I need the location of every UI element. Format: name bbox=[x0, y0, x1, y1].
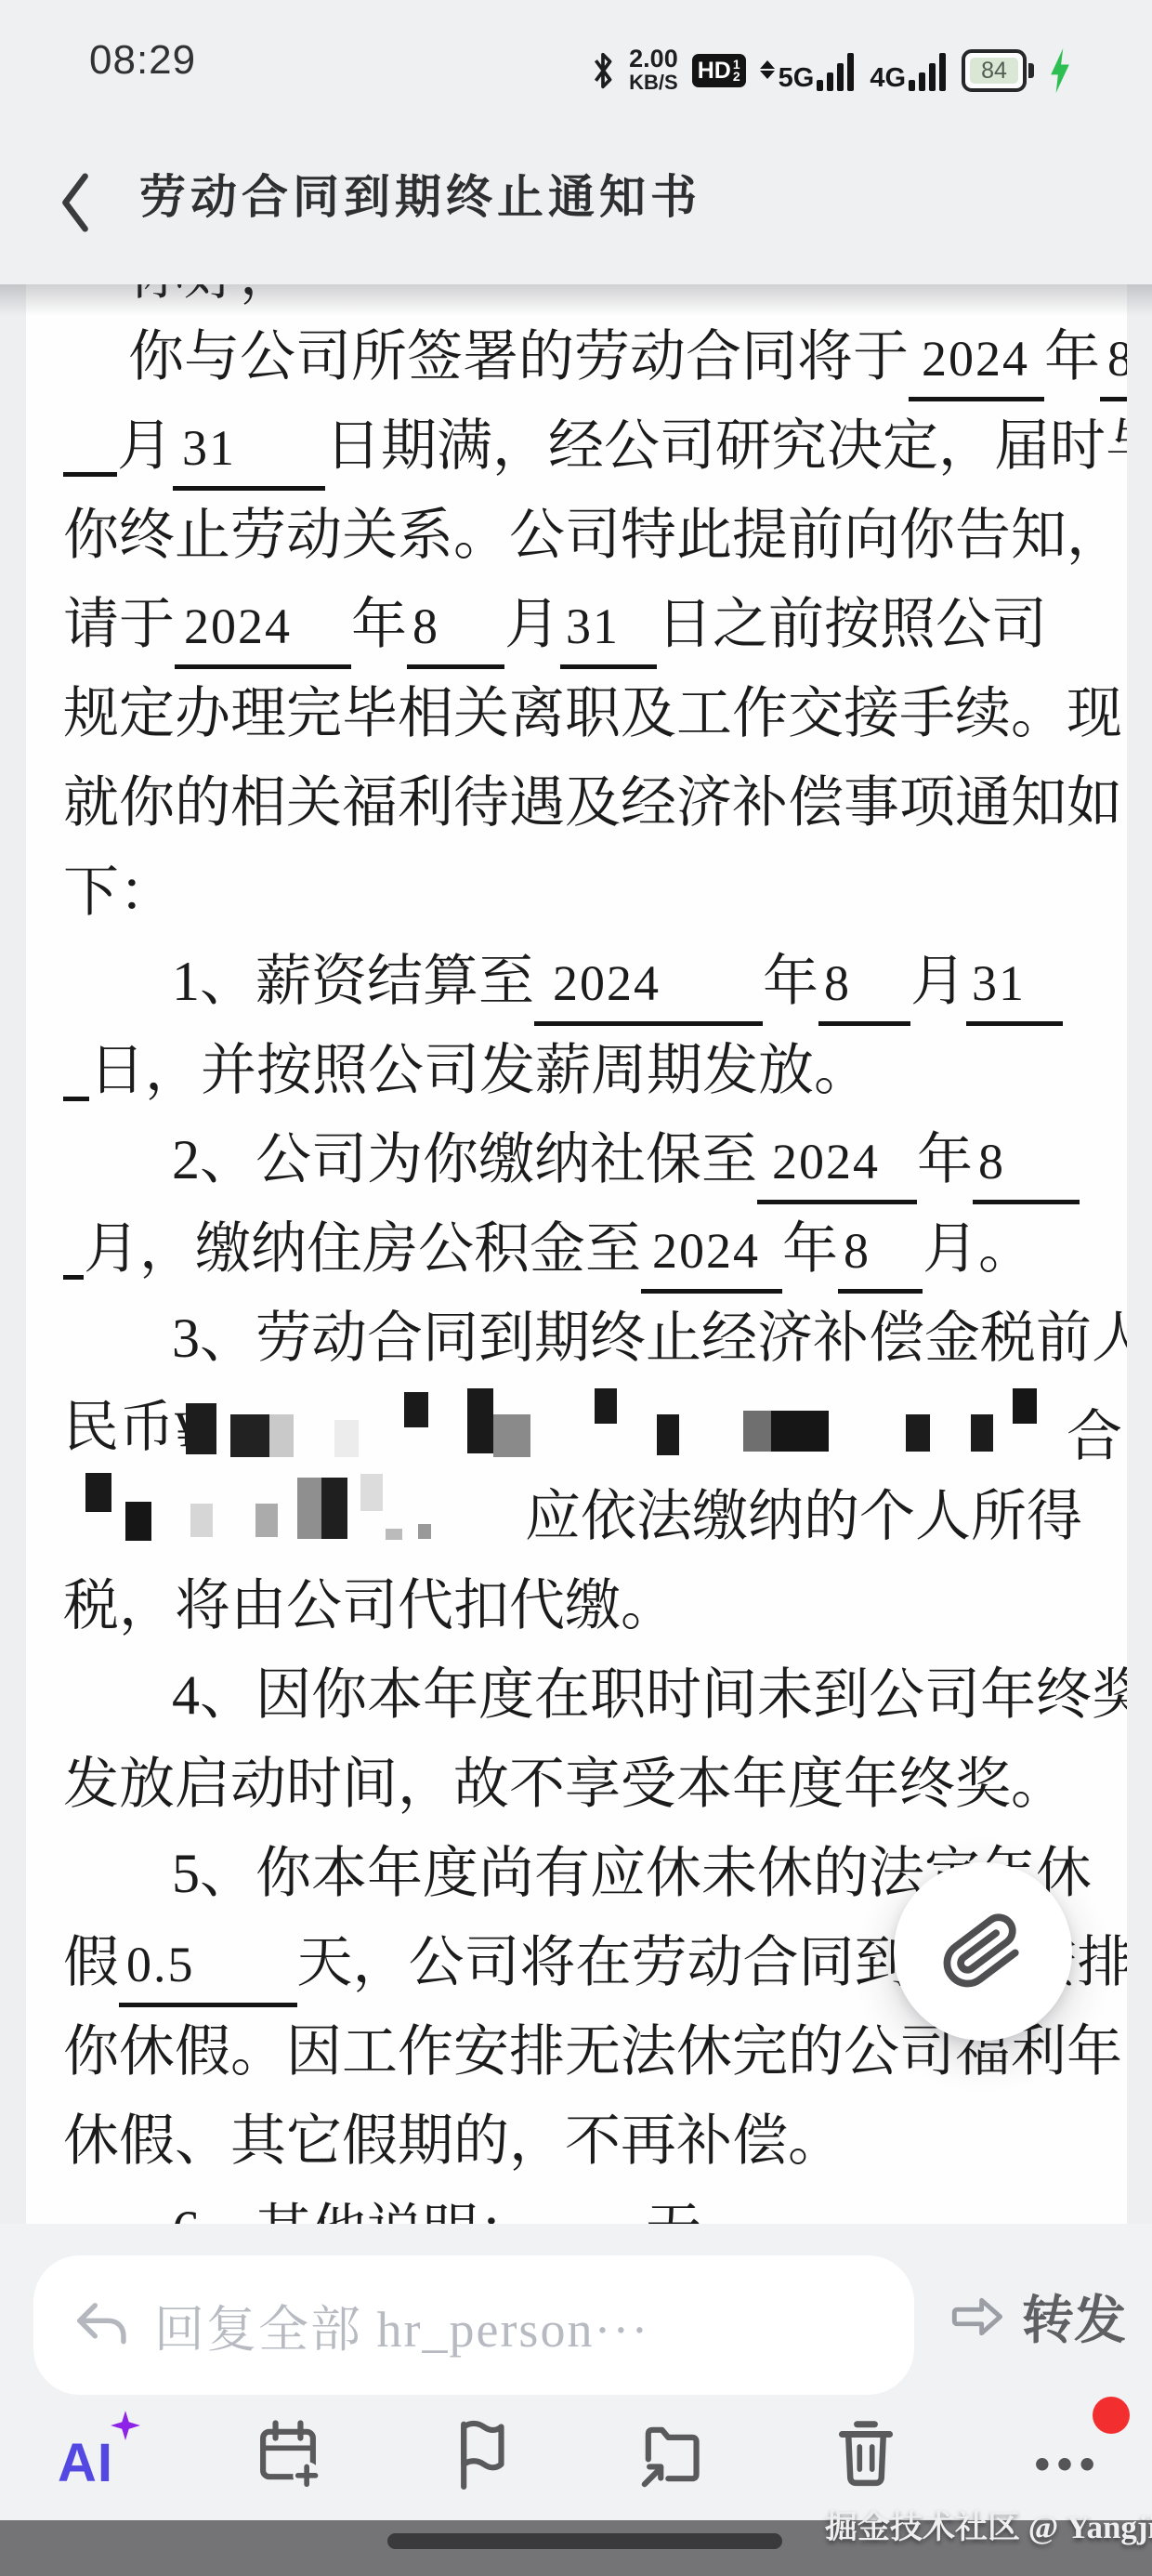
fill-in-blank: 8 bbox=[407, 591, 504, 669]
redaction-block bbox=[386, 1529, 402, 1540]
line-text: 下： bbox=[63, 857, 175, 927]
back-button[interactable] bbox=[43, 165, 108, 240]
document-line: 6、其他说明： 无 bbox=[172, 2195, 701, 2224]
redaction-block bbox=[85, 1473, 111, 1512]
fill-in-blank: 31 bbox=[173, 413, 325, 491]
line-text: 请于 bbox=[63, 589, 175, 660]
line-text: 月 bbox=[117, 411, 173, 481]
redaction-block bbox=[771, 1411, 829, 1452]
home-indicator[interactable] bbox=[387, 2533, 782, 2549]
chevron-left-icon bbox=[58, 172, 93, 233]
fill-in-blank: 2024 bbox=[757, 1126, 917, 1204]
redaction-block bbox=[418, 1524, 431, 1539]
page-title: 劳动合同到期终止通知书 bbox=[139, 160, 701, 227]
document-line: 4、因你本年度在职时间未到公司年终奖 bbox=[172, 1660, 1127, 1730]
ai-sparkle-icon bbox=[110, 2410, 141, 2441]
bluetooth-icon bbox=[591, 47, 615, 94]
fill-in-blank: 2024 bbox=[909, 323, 1044, 401]
line-text: 休假、其它假期的，不再补偿。 bbox=[63, 2106, 844, 2176]
line-text: 2、公司为你缴纳社保至 bbox=[172, 1124, 757, 1195]
trash-button[interactable] bbox=[821, 2410, 910, 2499]
reply-all-button[interactable]: 回复全部 hr_person··· bbox=[33, 2255, 914, 2395]
fill-in-blank: 0.5 bbox=[119, 1929, 297, 2007]
line-text: 合 bbox=[1067, 1392, 1122, 1472]
line-text: 你与公司所签署的劳动合同将于 bbox=[128, 322, 909, 392]
line-text: 月，缴纳住房公积金至 bbox=[84, 1214, 641, 1284]
redaction-block bbox=[971, 1414, 993, 1452]
fill-in-blank: 31 bbox=[966, 948, 1063, 1026]
line-text: 年 bbox=[1044, 322, 1100, 392]
battery-percent: 84 bbox=[970, 58, 1018, 84]
redaction-block bbox=[334, 1420, 359, 1457]
forward-label: 转发 bbox=[1022, 2280, 1126, 2354]
document-line: 请于 2024 年 8 月 31 日之前按照公司 bbox=[63, 589, 1047, 669]
document-line: 3、劳动合同到期终止经济补偿金税前人 bbox=[172, 1303, 1127, 1373]
notification-dot bbox=[1093, 2397, 1130, 2434]
signal-4g-icon: 4G bbox=[870, 49, 948, 92]
line-text: 日之前按照公司 bbox=[657, 589, 1047, 660]
charging-icon bbox=[1048, 48, 1072, 93]
document-line: 应依法缴纳的个人所得 bbox=[525, 1481, 1082, 1552]
redaction-block bbox=[269, 1414, 294, 1457]
fill-in-blank: 2024 bbox=[175, 591, 351, 669]
more-icon bbox=[1025, 2414, 1105, 2494]
line-text: 发放启动时间，故不享受本年度年终奖。 bbox=[63, 1749, 1067, 1820]
fill-in-blank bbox=[63, 421, 117, 477]
time-display: 08:29 bbox=[89, 37, 196, 84]
line-text: 你终止劳动关系。公司特此提前向你告知， bbox=[63, 500, 1122, 571]
fill-in-blank bbox=[63, 1224, 84, 1280]
forward-icon bbox=[944, 2288, 1007, 2346]
document-line: 规定办理完毕相关离职及工作交接手续。现 bbox=[63, 678, 1122, 749]
status-bar: 08:29 2.00 KB/S HD 1 2 5G 4G bbox=[0, 0, 1152, 121]
line-text: 1、薪资结算至 bbox=[172, 946, 534, 1017]
move-to-folder-icon bbox=[631, 2414, 711, 2494]
redaction-block bbox=[467, 1388, 493, 1453]
document-line: 税，将由公司代扣代缴。 bbox=[63, 1571, 676, 1641]
document-line: 民币¥ bbox=[63, 1392, 202, 1465]
line-text: 规定办理完毕相关离职及工作交接手续。现 bbox=[63, 678, 1122, 749]
line-text: 3、劳动合同到期终止经济补偿金税前人 bbox=[172, 1303, 1127, 1373]
bottom-action-bar: 回复全部 hr_person··· 转发 AI bbox=[0, 2224, 1152, 2520]
document-line: 你终止劳动关系。公司特此提前向你告知， bbox=[63, 500, 1122, 571]
line-text: 6、其他说明： bbox=[172, 2195, 534, 2224]
signal-5g-icon: 5G bbox=[760, 49, 857, 92]
document-line: 就你的相关福利待遇及经济补偿事项通知如 bbox=[63, 768, 1122, 838]
line-text: 年 bbox=[351, 589, 407, 660]
fill-in-blank: 2024 bbox=[534, 948, 763, 1026]
fill-in-blank: 8 bbox=[1100, 323, 1127, 401]
redaction-block bbox=[493, 1414, 530, 1457]
redaction-block bbox=[743, 1411, 771, 1452]
fill-in-blank bbox=[63, 1045, 89, 1101]
line-text: 年 bbox=[917, 1124, 973, 1195]
redaction-block bbox=[255, 1504, 278, 1537]
app-header: 劳动合同到期终止通知书 bbox=[0, 121, 1152, 284]
document-line: 1、薪资结算至2024 年 8 月 31 bbox=[172, 946, 1063, 1026]
line-text: 日期满，经公司研究决定，届时与 bbox=[325, 411, 1127, 481]
document-line: 月，缴纳住房公积金至2024 年 8 月。 bbox=[63, 1214, 1034, 1294]
redaction-block bbox=[595, 1388, 617, 1424]
flag-button[interactable] bbox=[437, 2410, 526, 2499]
line-text: 4、因你本年度在职时间未到公司年终奖 bbox=[172, 1660, 1127, 1730]
reply-all-label: 回复全部 hr_person··· bbox=[154, 2290, 649, 2361]
line-text: 民币 bbox=[63, 1392, 175, 1463]
calendar-add-button[interactable] bbox=[243, 2410, 333, 2499]
line-text: 月 bbox=[504, 589, 560, 660]
fill-in-blank: 31 bbox=[560, 591, 657, 669]
document-line: 日，并按照公司发薪周期发放。 bbox=[63, 1035, 870, 1106]
attachment-fab[interactable] bbox=[894, 1862, 1072, 2041]
redaction-block bbox=[360, 1474, 383, 1511]
line-text: 月。 bbox=[923, 1214, 1034, 1284]
document-line: 月 31 日期满，经公司研究决定，届时与 bbox=[63, 411, 1127, 491]
redaction-block bbox=[125, 1502, 151, 1541]
redaction-block bbox=[230, 1414, 269, 1457]
line-text: 税，将由公司代扣代缴。 bbox=[63, 1571, 676, 1641]
document-line: 你与公司所签署的劳动合同将于2024 年 8 bbox=[128, 322, 1127, 401]
redaction-block bbox=[321, 1478, 347, 1539]
fill-in-blank: 8 bbox=[838, 1216, 923, 1294]
document-line: 2、公司为你缴纳社保至2024 年 8 bbox=[172, 1124, 1080, 1204]
line-text: 应依法缴纳的个人所得 bbox=[525, 1481, 1082, 1552]
paperclip-icon bbox=[942, 1911, 1024, 1992]
document-line: 下： bbox=[63, 857, 175, 927]
line-text: 就你的相关福利待遇及经济补偿事项通知如 bbox=[63, 768, 1122, 838]
network-speed: 2.00 KB/S bbox=[629, 46, 678, 95]
forward-button[interactable]: 转发 bbox=[944, 2280, 1126, 2354]
redaction-block bbox=[906, 1414, 930, 1452]
line-text: 无 bbox=[534, 2195, 701, 2224]
redaction-block bbox=[190, 1504, 213, 1537]
redaction-block bbox=[186, 1403, 216, 1454]
line-text: 你好， bbox=[128, 284, 295, 310]
ai-label: AI bbox=[58, 2432, 113, 2494]
fill-in-blank: 8 bbox=[973, 1126, 1080, 1204]
document-line: 休假、其它假期的，不再补偿。 bbox=[63, 2106, 844, 2176]
redaction-block bbox=[1013, 1388, 1037, 1424]
calendar-add-icon bbox=[248, 2414, 328, 2494]
fill-in-blank: 2024 bbox=[641, 1216, 782, 1294]
redaction-block bbox=[297, 1478, 321, 1539]
watermark: 掘金技术社区 @ Yangji0806 bbox=[825, 2502, 1152, 2548]
document-line: 发放启动时间，故不享受本年度年终奖。 bbox=[63, 1749, 1067, 1820]
fill-in-blank: 8 bbox=[818, 948, 910, 1026]
flag-icon bbox=[441, 2414, 521, 2494]
move-to-folder-button[interactable] bbox=[626, 2410, 715, 2499]
ai-assistant-button[interactable]: AI bbox=[52, 2410, 154, 2503]
redaction-block bbox=[404, 1392, 428, 1427]
battery-icon: 84 bbox=[962, 49, 1034, 92]
line-text: 假 bbox=[63, 1927, 119, 1998]
line-text: 日，并按照公司发薪周期发放。 bbox=[89, 1035, 870, 1106]
line-text: 年 bbox=[763, 946, 818, 1017]
trash-icon bbox=[826, 2414, 906, 2494]
redaction-block bbox=[657, 1414, 679, 1455]
line-text: 年 bbox=[782, 1214, 838, 1284]
line-text: 月 bbox=[910, 946, 966, 1017]
reply-icon bbox=[69, 2294, 130, 2356]
document-line: 你好， bbox=[128, 284, 295, 310]
hd-voice-icon: HD 1 2 bbox=[692, 54, 746, 87]
